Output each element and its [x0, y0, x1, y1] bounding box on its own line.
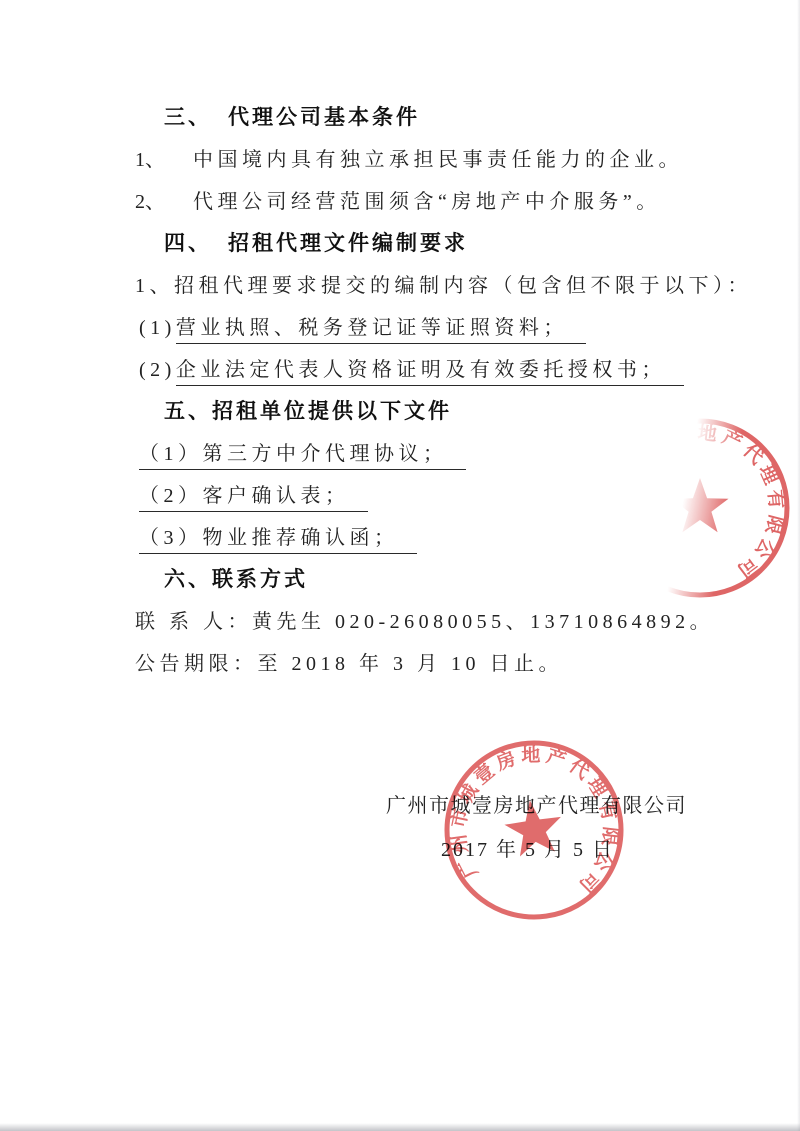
line-text: 中国境内具有独立承担民事责任能力的企业。 — [193, 149, 683, 171]
line-text: 1、招租代理要求提交的编制内容（包含但不限于以下）： — [135, 275, 752, 297]
line-prefix: 四、 — [164, 232, 212, 255]
line-text: 公告期限：至 2018 年 3 月 10 日止。 — [135, 653, 563, 675]
line-text: 代理公司经营范围须含“房地产中介服务”。 — [193, 191, 661, 213]
scanned-document-page: { "document": { "lines": [ {"type":"head… — [0, 0, 800, 1131]
line-text: （3）物业推荐确认函； — [139, 527, 417, 554]
line-text: 联 系 人：黄先生 020-26080055、13710864892。 — [135, 611, 714, 633]
doc-line: 联 系 人：黄先生 020-26080055、13710864892。 — [135, 605, 760, 631]
scan-edge-shadow-bottom — [0, 1123, 800, 1131]
line-text: 代理公司基本条件 — [228, 106, 420, 129]
doc-line: （1）第三方中介代理协议； — [139, 437, 760, 463]
doc-line: （3）物业推荐确认函； — [139, 521, 760, 547]
line-prefix: 2、 — [135, 185, 193, 214]
section-heading: 五、招租单位提供以下文件 — [164, 395, 760, 421]
line-text: （1）第三方中介代理协议； — [139, 443, 466, 470]
doc-line: 1、中国境内具有独立承担民事责任能力的企业。 — [135, 143, 760, 169]
line-prefix: 五、 — [164, 400, 212, 423]
doc-line: (2)企业法定代表人资格证明及有效委托授权书； — [139, 353, 760, 379]
signature-company: 广州市城壹房地产代理有限公司 — [386, 789, 760, 817]
line-prefix: 三、 — [164, 106, 212, 129]
line-text: 企业法定代表人资格证明及有效委托授权书； — [176, 359, 684, 386]
line-prefix: (1) — [139, 317, 176, 339]
document-body: 三、代理公司基本条件1、中国境内具有独立承担民事责任能力的企业。2、代理公司经营… — [0, 0, 800, 859]
doc-line: (1)营业执照、税务登记证等证照资料； — [139, 311, 760, 337]
line-prefix: 1、 — [135, 143, 193, 172]
signature-date: 2017 年 5 月 5 日 — [441, 833, 760, 859]
line-prefix: 六、 — [164, 568, 212, 591]
doc-line: （2）客户确认表； — [139, 479, 760, 505]
section-heading: 六、联系方式 — [164, 563, 760, 589]
line-text: 营业执照、税务登记证等证照资料； — [176, 317, 586, 344]
doc-line: 1、招租代理要求提交的编制内容（包含但不限于以下）： — [135, 269, 760, 295]
line-text: 招租代理文件编制要求 — [228, 232, 468, 255]
line-prefix: (2) — [139, 359, 176, 381]
line-text: （2）客户确认表； — [139, 485, 368, 512]
section-heading: 四、招租代理文件编制要求 — [164, 227, 760, 253]
section-heading: 三、代理公司基本条件 — [164, 101, 760, 127]
line-text: 招租单位提供以下文件 — [212, 400, 452, 423]
doc-line: 2、代理公司经营范围须含“房地产中介服务”。 — [135, 185, 760, 211]
doc-line: 公告期限：至 2018 年 3 月 10 日止。 — [135, 647, 760, 673]
line-text: 联系方式 — [212, 568, 308, 591]
